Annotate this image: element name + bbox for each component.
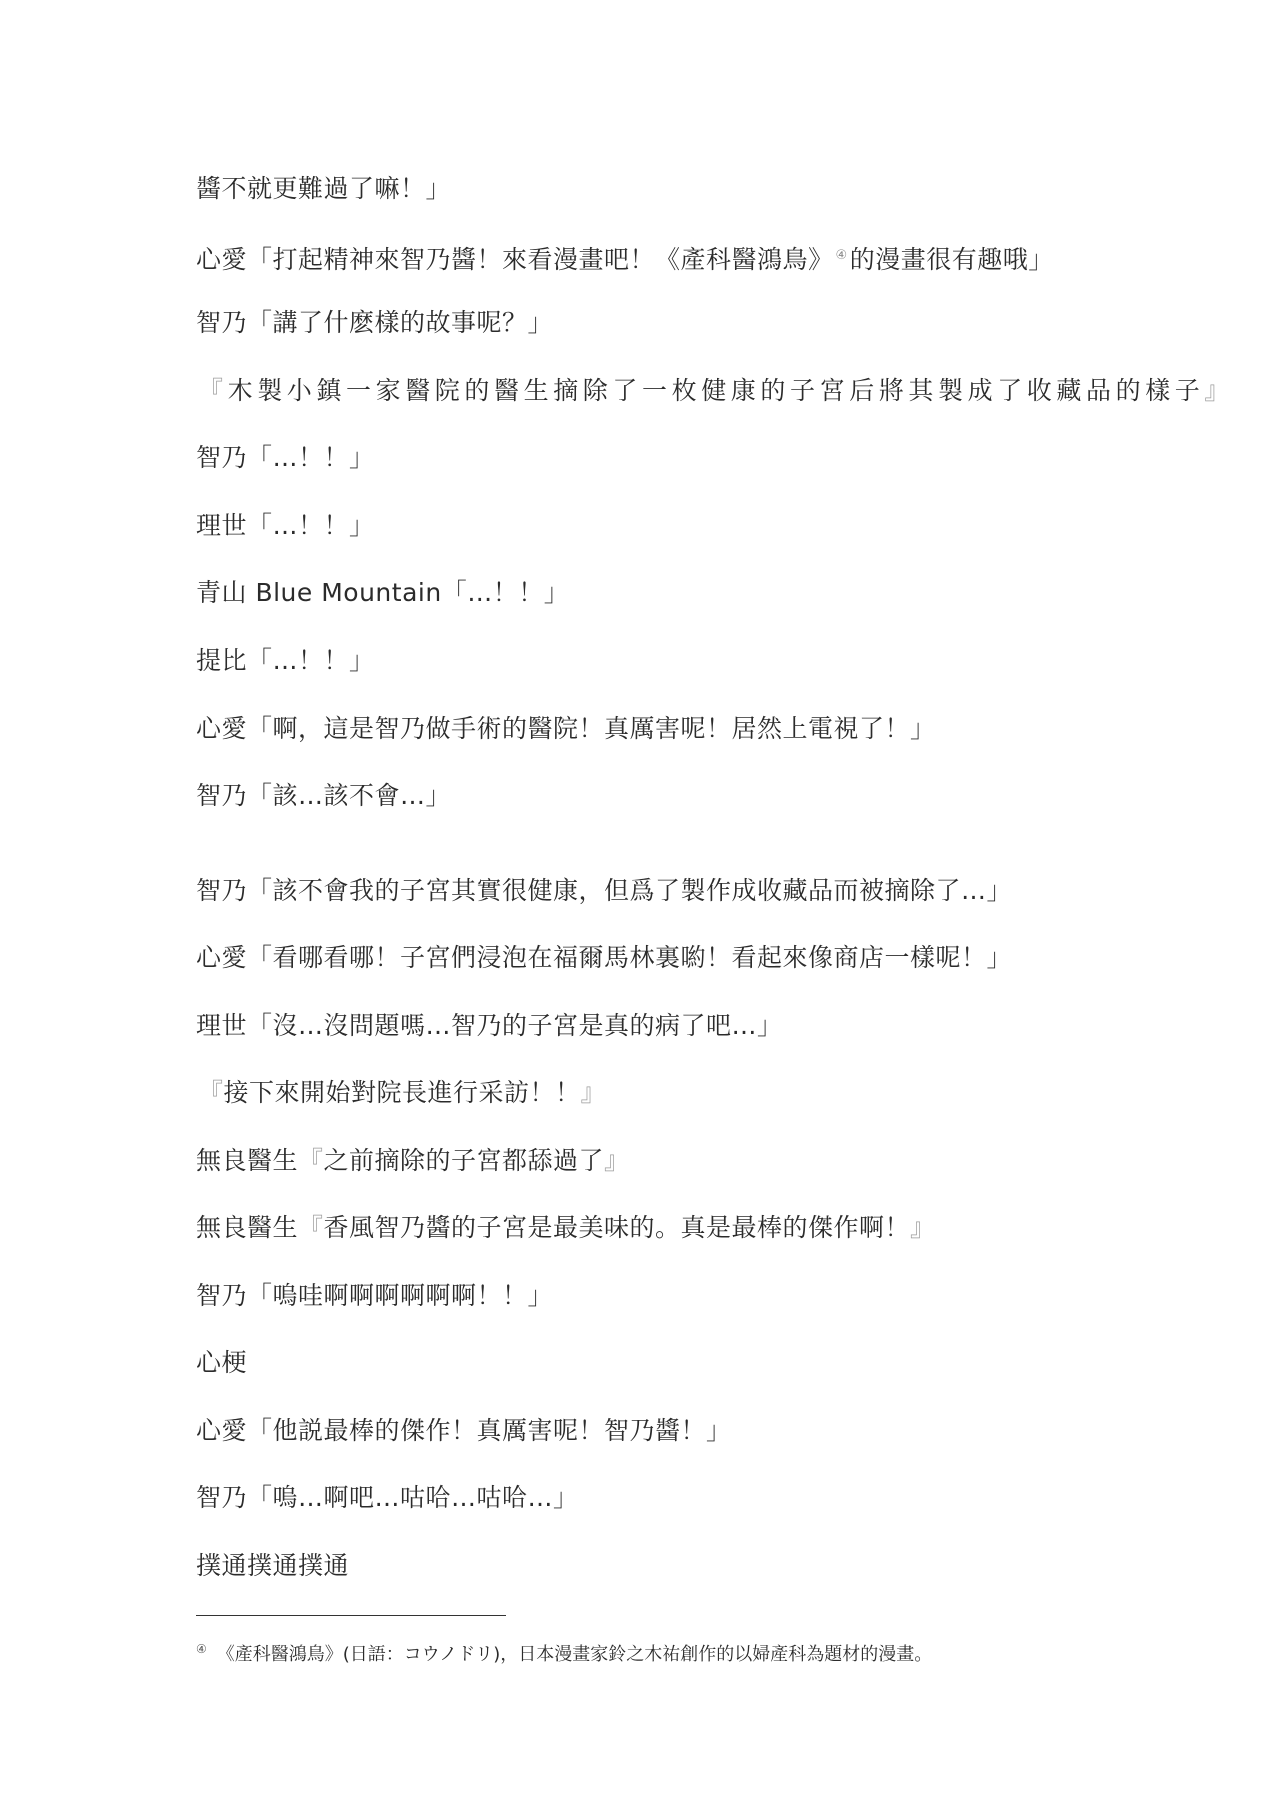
speaker: 無良醫生 [196,1213,298,1242]
open-quote: 『 [198,376,228,405]
open-quote: 「 [247,943,273,972]
line-text: 心梗 [196,1348,247,1377]
dialogue-line: 智乃「…！！」 [196,443,375,473]
line-text: 講了什麽樣的故事呢？ [273,308,528,337]
speaker: 智乃 [196,443,247,472]
close-quote: 」 [349,646,375,675]
close-quote: 」 [910,714,936,743]
line-text: 撲通撲通撲通 [196,1551,349,1580]
footnote-divider [196,1615,506,1616]
speaker: 智乃 [196,308,247,337]
close-quote: 」 [553,1483,579,1512]
close-quote: 」 [349,511,375,540]
speaker: 智乃 [196,1483,247,1512]
line-text: 他説最棒的傑作！真厲害呢！智乃醬！ [273,1416,707,1445]
line-text: …！！ [273,511,350,540]
open-quote: 「 [247,1483,273,1512]
speaker: 心愛 [196,1416,247,1445]
footnote: ④《產科醫鴻鳥》(日語：コウノドリ)，日本漫畫家鈴之木祐創作的以婦產科為題材的漫… [196,1636,932,1668]
line-text: 看哪看哪！子宮們浸泡在福爾馬林裏喲！看起來像商店一樣呢！ [273,943,987,972]
footnote-reference[interactable]: ④ [836,248,848,263]
dialogue-line: 無良醫生『香風智乃醬的子宮是最美味的。真是最棒的傑作啊！』 [196,1213,936,1243]
close-quote: 」 [987,943,1013,972]
speaker: 心愛 [196,245,247,274]
narration-line: 心梗 [196,1348,247,1378]
dialogue-line: 智乃「該…該不會…」 [196,781,451,811]
close-quote: 』 [1204,376,1234,405]
speaker: 心愛 [196,714,247,743]
close-quote: 」 [426,174,452,203]
footnote-text: 《產科醫鴻鳥》(日語：コウノドリ)，日本漫畫家鈴之木祐創作的以婦產科為題材的漫畫… [217,1644,933,1665]
open-quote: 「 [247,714,273,743]
line-text: 該…該不會… [273,781,426,810]
speaker: 理世 [196,511,247,540]
open-quote: 「 [247,1281,273,1310]
open-quote: 「 [247,781,273,810]
line-text: 接下來開始對院長進行采訪！！ [224,1078,581,1107]
open-quote: 「 [247,1416,273,1445]
open-quote: 「 [247,308,273,337]
speaker: 智乃 [196,781,247,810]
line-text: 啊，這是智乃做手術的醫院！真厲害呢！居然上電視了！ [273,714,911,743]
open-quote: 「 [247,443,273,472]
dialogue-line: 智乃「嗚哇啊啊啊啊啊啊！！」 [196,1281,553,1311]
close-quote: 」 [706,1416,732,1445]
speaker: 心愛 [196,943,247,972]
line-text: 沒…沒問題嗎…智乃的子宮是真的病了吧… [273,1011,758,1040]
line-text: …！！ [273,443,350,472]
narration-line: 『接下來開始對院長進行采訪！！』 [198,1078,606,1108]
line-text: …！！ [273,646,350,675]
open-quote: 「 [442,578,468,607]
speaker: 智乃 [196,1281,247,1310]
dialogue-line: 智乃「講了什麽樣的故事呢？」 [196,308,553,338]
open-quote: 「 [247,1011,273,1040]
close-quote: 」 [349,443,375,472]
speaker: 提比 [196,646,247,675]
line-text: 嗚哇啊啊啊啊啊啊！！ [273,1281,528,1310]
footnote-marker: ④ [196,1642,207,1656]
close-quote: 』 [910,1213,936,1242]
close-quote: 』 [581,1078,607,1107]
speaker: 無良醫生 [196,1146,298,1175]
dialogue-line: 心愛「啊，這是智乃做手術的醫院！真厲害呢！居然上電視了！」 [196,714,936,744]
open-quote: 『 [298,1146,324,1175]
dialogue-line: 理世「沒…沒問題嗎…智乃的子宮是真的病了吧…」 [196,1011,783,1041]
close-quote: 」 [757,1011,783,1040]
dialogue-line: 智乃「該不會我的子宮其實很健康，但爲了製作成收藏品而被摘除了…」 [196,876,1012,906]
speaker: 智乃 [196,876,247,905]
dialogue-line: 無良醫生『之前摘除的子宮都舔過了』 [196,1146,630,1176]
line-text: …！！ [467,578,544,607]
dialogue-line: 心愛「看哪看哪！子宮們浸泡在福爾馬林裏喲！看起來像商店一樣呢！」 [196,943,1012,973]
line-text: 該不會我的子宮其實很健康，但爲了製作成收藏品而被摘除了… [273,876,987,905]
close-quote: 」 [1028,245,1054,274]
dialogue-line: 理世「…！！」 [196,511,375,541]
open-quote: 『 [298,1213,324,1242]
narration-line: 撲通撲通撲通 [196,1551,349,1581]
close-quote: 」 [544,578,570,607]
line-text: 打起精神來智乃醬！來看漫畫吧！《產科醫鴻鳥》 [273,245,834,274]
close-quote: 」 [426,781,452,810]
speaker: 青山 Blue Mountain [196,578,442,607]
close-quote: 」 [528,308,554,337]
dialogue-line: 心愛「打起精神來智乃醬！來看漫畫吧！《產科醫鴻鳥》④的漫畫很有趣哦」 [196,241,1054,275]
document-page: 醬不就更難過了嘛！」 心愛「打起精神來智乃醬！來看漫畫吧！《產科醫鴻鳥》④的漫畫… [0,0,1280,1810]
line-text: 的漫畫很有趣哦 [850,245,1029,274]
line-text: 之前摘除的子宮都舔過了 [324,1146,605,1175]
dialogue-line: 醬不就更難過了嘛！」 [196,174,451,204]
line-text: 醬不就更難過了嘛！ [196,174,426,203]
dialogue-line: 智乃「嗚…啊吧…咕哈…咕哈…」 [196,1483,579,1513]
dialogue-line: 青山 Blue Mountain「…！！」 [196,578,569,608]
line-text: 木製小鎮一家醫院的醫生摘除了一枚健康的子宮后將其製成了收藏品的樣子 [228,376,1205,405]
dialogue-line: 心愛「他説最棒的傑作！真厲害呢！智乃醬！」 [196,1416,732,1446]
dialogue-line: 提比「…！！」 [196,646,375,676]
line-text: 嗚…啊吧…咕哈…咕哈… [273,1483,554,1512]
open-quote: 「 [247,245,273,274]
line-text: 香風智乃醬的子宮是最美味的。真是最棒的傑作啊！ [324,1213,911,1242]
close-quote: 」 [987,876,1013,905]
close-quote: 」 [528,1281,554,1310]
open-quote: 『 [198,1078,224,1107]
speaker: 理世 [196,1011,247,1040]
open-quote: 「 [247,876,273,905]
narration-line: 『木製小鎮一家醫院的醫生摘除了一枚健康的子宮后將其製成了收藏品的樣子』 [198,376,1234,406]
open-quote: 「 [247,646,273,675]
close-quote: 』 [604,1146,630,1175]
open-quote: 「 [247,511,273,540]
